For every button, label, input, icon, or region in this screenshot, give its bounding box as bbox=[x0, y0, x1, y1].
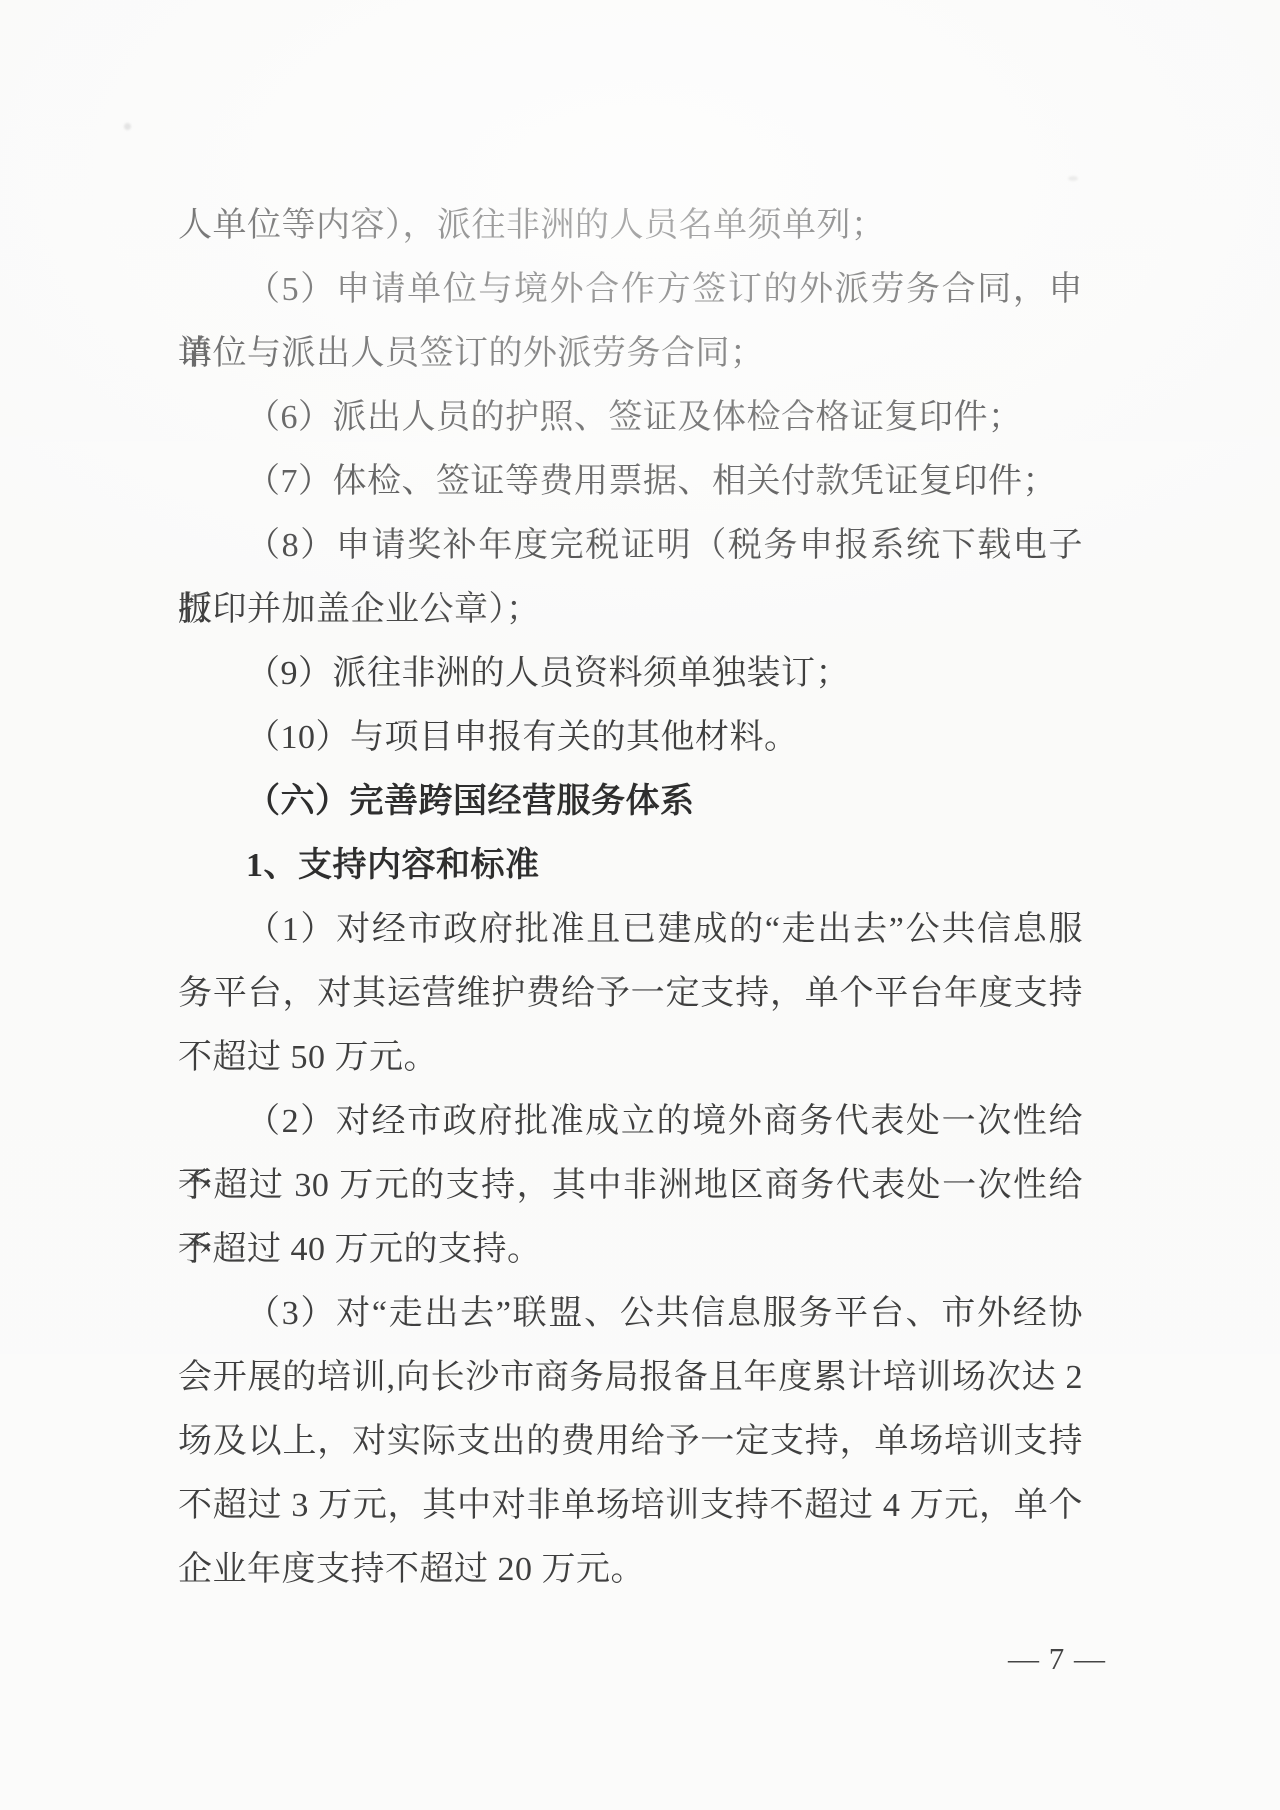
text-line: （6）派出人员的护照、签证及体检合格证复印件； bbox=[178, 386, 1083, 450]
text-line: （1）对经市政府批准且已建成的“走出去”公共信息服 bbox=[178, 898, 1083, 962]
text-line: （7）体检、签证等费用票据、相关付款凭证复印件； bbox=[178, 450, 1083, 514]
text-line: 不超过 3 万元，其中对非单场培训支持不超过 4 万元，单个 bbox=[178, 1474, 1083, 1538]
page-number: — 7 — bbox=[1002, 1641, 1112, 1677]
text-line: （5）申请单位与境外合作方签订的外派劳务合同，申请 bbox=[178, 258, 1083, 322]
document-page: 人单位等内容），派往非洲的人员名单须单列；（5）申请单位与境外合作方签订的外派劳… bbox=[0, 0, 1280, 1810]
text-line: （六）完善跨国经营服务体系 bbox=[178, 770, 1083, 834]
text-line: （9）派往非洲的人员资料须单独装订； bbox=[178, 642, 1083, 706]
text-block: 人单位等内容），派往非洲的人员名单须单列；（5）申请单位与境外合作方签订的外派劳… bbox=[178, 194, 1083, 1602]
text-line: 场及以上，对实际支出的费用给予一定支持，单场培训支持 bbox=[178, 1410, 1083, 1474]
text-line: 1、支持内容和标准 bbox=[178, 834, 1083, 898]
text-line: 企业年度支持不超过 20 万元。 bbox=[178, 1538, 1083, 1602]
text-line: 不超过 30 万元的支持，其中非洲地区商务代表处一次性给予 bbox=[178, 1154, 1083, 1218]
text-line: （10）与项目申报有关的其他材料。 bbox=[178, 706, 1083, 770]
text-line: 打印并加盖企业公章）； bbox=[178, 578, 1083, 642]
text-line: 人单位等内容），派往非洲的人员名单须单列； bbox=[178, 194, 1083, 258]
text-line: 不超过 50 万元。 bbox=[178, 1026, 1083, 1090]
scan-speck bbox=[1068, 176, 1078, 181]
text-line: （2）对经市政府批准成立的境外商务代表处一次性给予 bbox=[178, 1090, 1083, 1154]
scan-speck bbox=[124, 123, 131, 130]
text-line: 单位与派出人员签订的外派劳务合同； bbox=[178, 322, 1083, 386]
text-line: 务平台，对其运营维护费给予一定支持，单个平台年度支持 bbox=[178, 962, 1083, 1026]
text-line: （8）申请奖补年度完税证明（税务申报系统下载电子版 bbox=[178, 514, 1083, 578]
text-line: （3）对“走出去”联盟、公共信息服务平台、市外经协 bbox=[178, 1282, 1083, 1346]
text-line: 不超过 40 万元的支持。 bbox=[178, 1218, 1083, 1282]
text-line: 会开展的培训,向长沙市商务局报备且年度累计培训场次达 2 bbox=[178, 1346, 1083, 1410]
